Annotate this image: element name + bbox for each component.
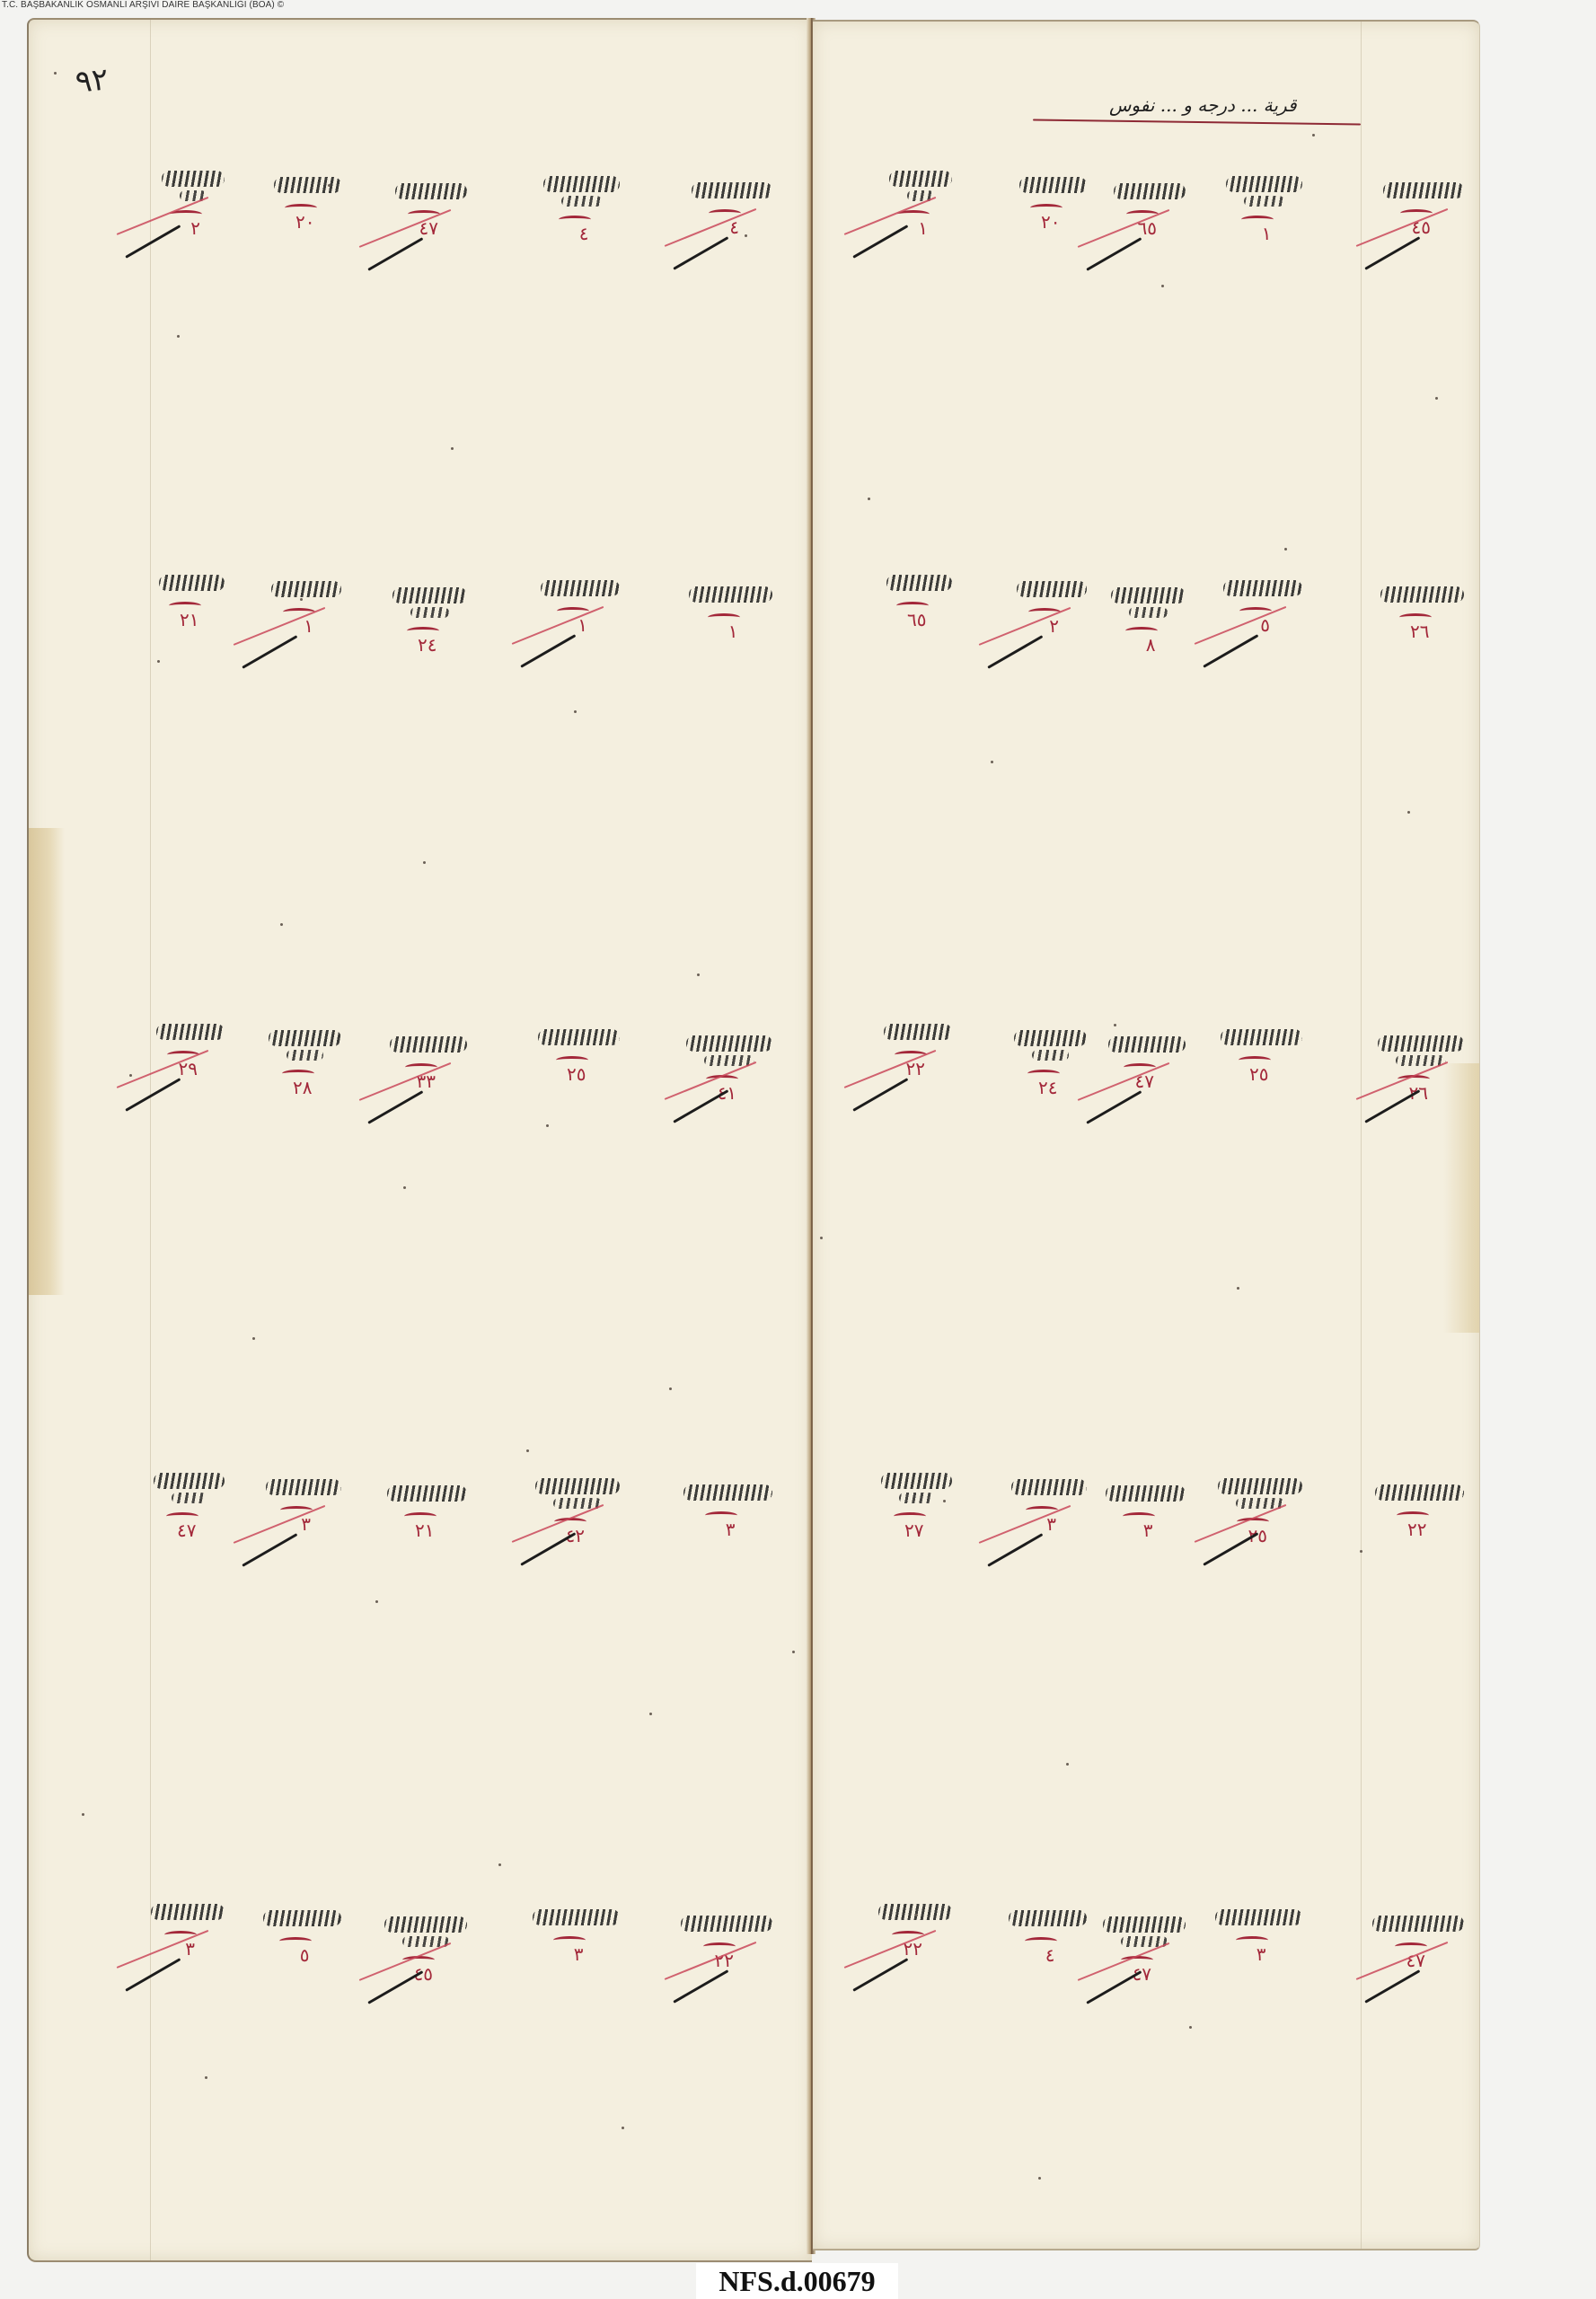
entry-age: ٣: [726, 1519, 736, 1540]
register-entry: ٤٧: [1356, 1916, 1464, 2014]
paper-speck: [1237, 1287, 1239, 1290]
entry-name-handwriting: [1215, 1909, 1302, 1925]
entry-age: ٤: [579, 223, 589, 244]
annotation-stroke: [125, 225, 181, 259]
register-entry: ٢٦: [1356, 1035, 1464, 1134]
paper-speck: [252, 1337, 255, 1340]
entry-name-handwriting: [881, 1473, 952, 1489]
annotation-stroke: [367, 237, 423, 271]
entry-age: ٢٢: [1407, 1519, 1426, 1540]
entry-name-handwriting: [1383, 182, 1464, 198]
register-entry: ٨: [1078, 587, 1186, 686]
entry-name-handwriting: [899, 1493, 934, 1503]
water-stain: [29, 828, 65, 1295]
entry-age: ٢: [1049, 615, 1059, 637]
register-entry: ٤٥: [1356, 182, 1464, 281]
fold-line: [1361, 22, 1362, 2249]
paper-speck: [669, 1387, 672, 1390]
entry-name-handwriting: [1108, 1036, 1186, 1053]
annotation-stroke: [673, 236, 728, 270]
entry-name-handwriting: [390, 1036, 467, 1053]
annotation-stroke: [242, 635, 297, 669]
entry-name-handwriting: [269, 1030, 341, 1046]
register-entry: ٣٣: [359, 1036, 467, 1135]
annotation-stroke: [979, 1505, 1071, 1544]
entry-name-handwriting: [271, 581, 341, 597]
entry-name-handwriting: [543, 176, 620, 192]
annotation-stroke: [852, 1078, 908, 1112]
register-entry: ٤٧: [359, 183, 467, 282]
paper-speck: [1161, 285, 1164, 287]
register-entry: ١: [1195, 176, 1302, 275]
annotation-stroke: [1364, 1969, 1420, 2004]
register-entry: ٢٠: [234, 177, 341, 276]
register-entry: ٤: [512, 176, 620, 275]
paper-speck: [403, 1186, 406, 1189]
entry-age: ٣: [1143, 1519, 1153, 1541]
register-entry: ٥: [1195, 580, 1302, 679]
paper-speck: [1066, 1763, 1069, 1766]
paper-speck: [697, 973, 700, 976]
register-entry: ٢٥: [1195, 1478, 1302, 1577]
annotation-stroke: [242, 1533, 297, 1567]
entry-name-handwriting: [266, 1479, 341, 1495]
entry-name-handwriting: [538, 1029, 620, 1045]
header-text: قرية ... درجه و ... نفوس: [1109, 94, 1297, 116]
entry-age: ٢٦: [1410, 621, 1429, 642]
annotation-stroke: [367, 1090, 423, 1124]
entry-name-handwriting: [151, 1904, 225, 1920]
entry-age: ١: [1262, 223, 1272, 244]
paper-speck: [498, 1863, 501, 1866]
entry-age: ٦٥: [907, 609, 926, 630]
register-entry: ١: [234, 581, 341, 680]
paper-speck: [300, 598, 303, 601]
entry-name-handwriting: [681, 1916, 772, 1932]
entry-age: ٢٧: [904, 1519, 923, 1541]
entry-name-handwriting: [1009, 1910, 1087, 1926]
annotation-stroke: [852, 225, 908, 259]
annotation-stroke: [1086, 1970, 1142, 2004]
register-entry: ٢٥: [512, 1029, 620, 1128]
register-entry: ٤٢: [512, 1478, 620, 1577]
entry-age: ٨: [1146, 634, 1156, 656]
archive-copyright: T.C. BAŞBAKANLIK OSMANLI ARŞİVİ DAİRE BA…: [2, 0, 284, 10]
entry-name-handwriting: [535, 1478, 620, 1494]
annotation-stroke: [673, 1969, 728, 2004]
entry-age: ٢١: [180, 609, 198, 630]
paper-speck: [129, 1074, 132, 1077]
register-entry: ٣: [1078, 1485, 1186, 1584]
register-entry: ٢٩: [117, 1024, 225, 1123]
entry-age: ٢٤: [418, 634, 436, 656]
entry-name-handwriting: [1223, 580, 1302, 596]
paper-speck: [991, 761, 993, 763]
entry-name-handwriting: [263, 1910, 341, 1926]
register-entry: ٢٢: [844, 1024, 952, 1123]
annotation-stroke: [1086, 1090, 1142, 1124]
entry-name-handwriting: [274, 177, 341, 193]
entry-age: ٤٧: [177, 1519, 196, 1541]
register-entry: ٢: [117, 171, 225, 269]
paper-speck: [1360, 1550, 1362, 1553]
entry-age: ٣: [1257, 1943, 1266, 1965]
entry-name-handwriting: [1378, 1035, 1464, 1052]
paper-speck: [1435, 397, 1438, 400]
register-entry: ٢٧: [844, 1473, 952, 1572]
entry-name-handwriting: [686, 1035, 772, 1052]
entry-name-handwriting: [1103, 1916, 1186, 1933]
entry-age: ٢٥: [567, 1063, 586, 1085]
register-entry: ٣: [117, 1904, 225, 2003]
register-entry: ٢٤: [359, 587, 467, 686]
entry-name-handwriting: [159, 575, 225, 591]
register-entry: ٤: [665, 182, 772, 281]
register-entry: ٦٥: [844, 575, 952, 674]
register-entry: ٢٠: [979, 177, 1087, 276]
annotation-stroke: [665, 1061, 757, 1100]
entry-name-handwriting: [561, 196, 602, 207]
annotation-stroke: [234, 1505, 326, 1544]
entry-name-handwriting: [878, 1904, 952, 1920]
register-entry: ٢١: [117, 575, 225, 674]
entry-name-handwriting: [1011, 1479, 1087, 1495]
entry-name-handwriting: [1218, 1478, 1302, 1494]
entry-name-handwriting: [387, 1485, 467, 1502]
entry-name-handwriting: [689, 586, 772, 603]
paper-speck: [423, 861, 426, 864]
register-entry: ٢٦: [1356, 586, 1464, 685]
entry-name-handwriting: [392, 587, 467, 603]
entry-age: ٣: [1046, 1513, 1056, 1535]
annotation-stroke: [1364, 1089, 1420, 1123]
register-header: قرية ... درجه و ... نفوس: [1033, 90, 1365, 135]
paper-speck: [526, 1449, 529, 1452]
paper-speck: [82, 1813, 84, 1816]
register-entry: ٣: [234, 1479, 341, 1578]
annotation-stroke: [359, 1942, 452, 1981]
register-entry: ٢: [979, 581, 1087, 680]
paper-speck: [1284, 548, 1287, 551]
entry-age: ٢١: [415, 1519, 434, 1541]
entry-name-handwriting: [541, 580, 620, 596]
entry-age: ٣: [301, 1513, 311, 1535]
entry-name-handwriting: [1372, 1916, 1464, 1932]
paper-speck: [375, 1600, 378, 1603]
entry-age: ٢٥: [1249, 1063, 1268, 1085]
entry-name-handwriting: [1019, 177, 1087, 193]
register-entry: ١: [844, 171, 952, 269]
entry-name-handwriting: [1032, 1050, 1069, 1061]
annotation-stroke: [520, 1532, 576, 1566]
entry-name-handwriting: [172, 1493, 207, 1503]
annotation-stroke: [1203, 1532, 1258, 1566]
entry-name-handwriting: [889, 171, 952, 187]
register-entry: ٢١: [359, 1485, 467, 1584]
register-entry: ٤٥: [359, 1916, 467, 2015]
entry-age: ٣: [185, 1938, 195, 1960]
entry-name-handwriting: [154, 1473, 225, 1489]
annotation-stroke: [1195, 1504, 1287, 1543]
register-entry: ٥: [234, 1910, 341, 2009]
register-entry: ٢٢: [844, 1904, 952, 2003]
annotation-stroke: [125, 1958, 181, 1992]
entry-name-handwriting: [683, 1484, 772, 1501]
entry-name-handwriting: [410, 607, 449, 618]
paper-speck: [745, 234, 747, 237]
entry-age: ٤: [1045, 1944, 1055, 1966]
register-entry: ٢٢: [1356, 1484, 1464, 1583]
paper-speck: [1114, 1024, 1116, 1026]
annotation-stroke: [1356, 1061, 1449, 1100]
paper-speck: [820, 1237, 823, 1239]
paper-speck: [54, 72, 57, 75]
register-entry: ٢٤: [979, 1030, 1087, 1129]
entry-name-handwriting: [287, 1050, 323, 1061]
paper-speck: [915, 1914, 918, 1916]
entry-name-handwriting: [533, 1909, 620, 1925]
entry-name-handwriting: [692, 182, 772, 198]
entry-name-handwriting: [1375, 1484, 1464, 1501]
register-entry: ٤٧: [117, 1473, 225, 1572]
register-entry: ٣: [512, 1909, 620, 2008]
entry-name-handwriting: [162, 171, 225, 187]
annotation-stroke: [1078, 1942, 1170, 1981]
folio-number: ٩٢: [74, 61, 110, 101]
register-entry: ١: [512, 580, 620, 679]
entry-name-handwriting: [1244, 196, 1284, 207]
register-entry: ٣: [1195, 1909, 1302, 2008]
register-entry: ٦٥: [1078, 183, 1186, 282]
paper-speck: [1189, 2026, 1192, 2029]
register-entry: ٤٧: [1078, 1916, 1186, 2015]
entry-name-handwriting: [884, 1024, 952, 1040]
register-entry: ٤٧: [1078, 1036, 1186, 1135]
register-entry: ٣: [665, 1484, 772, 1583]
annotation-stroke: [512, 1504, 604, 1543]
entry-name-handwriting: [156, 1024, 225, 1040]
header-underline: [1033, 119, 1361, 125]
entry-name-handwriting: [1106, 1485, 1186, 1502]
annotation-stroke: [852, 1958, 908, 1992]
entry-name-handwriting: [1114, 183, 1186, 199]
register-entry: ٣: [979, 1479, 1087, 1578]
annotation-stroke: [520, 634, 576, 668]
archive-reference-label: NFS.d.00679: [696, 2263, 898, 2299]
entry-name-handwriting: [1380, 586, 1464, 603]
annotation-stroke: [987, 635, 1043, 669]
entry-age: ٢٠: [295, 211, 314, 233]
paper-speck: [649, 1713, 652, 1715]
paper-speck: [1407, 811, 1410, 814]
paper-speck: [328, 184, 331, 187]
register-entry: ٢٨: [234, 1030, 341, 1129]
entry-age: ٣: [574, 1943, 584, 1965]
annotation-stroke: [673, 1089, 728, 1123]
entry-age: ٢٤: [1038, 1077, 1057, 1098]
paper-speck: [943, 1500, 946, 1502]
entry-name-handwriting: [395, 183, 467, 199]
entry-age: ١: [728, 621, 738, 642]
entry-name-handwriting: [1017, 581, 1087, 597]
annotation-stroke: [1086, 237, 1142, 271]
paper-speck: [157, 660, 160, 663]
paper-speck: [1038, 2177, 1041, 2180]
entry-age: ١: [304, 615, 313, 637]
paper-speck: [1312, 134, 1315, 137]
annotation-stroke: [367, 1970, 423, 2004]
register-entry: ١: [665, 586, 772, 685]
register-entry: ٢٥: [1195, 1029, 1302, 1128]
annotation-stroke: [1364, 236, 1420, 270]
entry-name-handwriting: [886, 575, 952, 591]
annotation-stroke: [1203, 634, 1258, 668]
annotation-stroke: [125, 1078, 181, 1112]
entry-name-handwriting: [1129, 607, 1168, 618]
entry-name-handwriting: [1111, 587, 1186, 603]
entry-name-handwriting: [1221, 1029, 1302, 1045]
paper-speck: [574, 710, 577, 713]
register-entry: ٢٢: [665, 1916, 772, 2014]
paper-speck: [792, 1651, 795, 1653]
entry-name-handwriting: [384, 1916, 467, 1933]
annotation-stroke: [987, 1533, 1043, 1567]
entry-age: ٢: [190, 217, 200, 239]
entry-age: ٢٨: [293, 1077, 312, 1098]
entry-name-handwriting: [1226, 176, 1302, 192]
entry-age: ١: [918, 217, 928, 239]
paper-speck: [451, 447, 454, 450]
entry-age: ٥: [300, 1944, 310, 1966]
register-entry: ٤: [979, 1910, 1087, 2009]
paper-speck: [280, 923, 283, 926]
entry-age: ٢٠: [1041, 211, 1060, 233]
paper-speck: [622, 2127, 624, 2129]
paper-speck: [546, 1124, 549, 1127]
register-entry: ٤١: [665, 1035, 772, 1134]
paper-speck: [177, 335, 180, 338]
paper-speck: [205, 2076, 207, 2079]
entry-name-handwriting: [1014, 1030, 1087, 1046]
paper-speck: [868, 498, 870, 500]
